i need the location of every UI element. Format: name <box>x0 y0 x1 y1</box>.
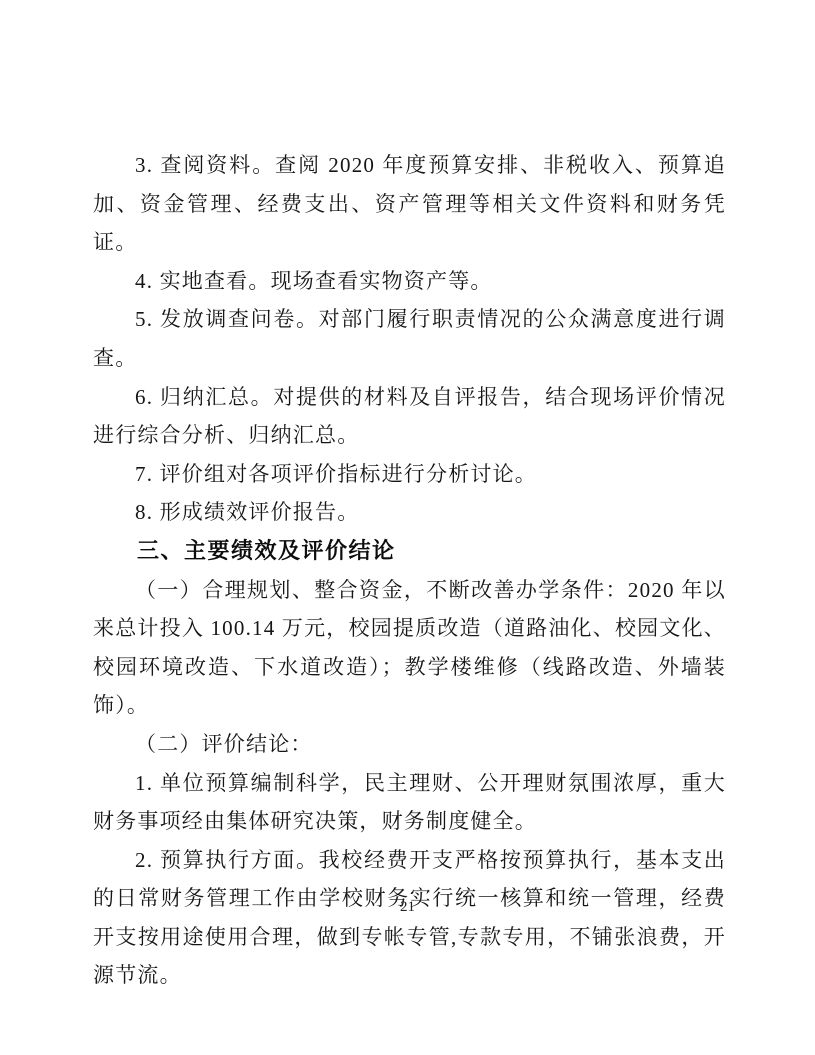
paragraph: 6. 归纳汇总。对提供的材料及自评报告，结合现场评价情况进行综合分析、归纳汇总。 <box>93 378 726 455</box>
page-number: 21 <box>400 899 415 915</box>
paragraph: （二）评价结论： <box>93 725 726 764</box>
document-body: 3. 查阅资料。查阅 2020 年度预算安排、非税收入、预算追加、资金管理、经费… <box>93 146 726 995</box>
paragraph: 2. 预算执行方面。我校经费开支严格按预算执行，基本支出的日常财务管理工作由学校… <box>93 841 726 995</box>
document-page: 3. 查阅资料。查阅 2020 年度预算安排、非税收入、预算追加、资金管理、经费… <box>0 0 815 1055</box>
paragraph: （一）合理规划、整合资金，不断改善办学条件：2020 年以来总计投入 100.1… <box>93 571 726 725</box>
paragraph: 8. 形成绩效评价报告。 <box>93 493 726 532</box>
page-footer: 21 <box>0 897 815 917</box>
paragraph: 4. 实地查看。现场查看实物资产等。 <box>93 262 726 301</box>
paragraph: 3. 查阅资料。查阅 2020 年度预算安排、非税收入、预算追加、资金管理、经费… <box>93 146 726 262</box>
paragraph: 1. 单位预算编制科学，民主理财、公开理财氛围浓厚，重大财务事项经由集体研究决策… <box>93 764 726 841</box>
paragraph: 5. 发放调查问卷。对部门履行职责情况的公众满意度进行调查。 <box>93 300 726 377</box>
section-heading: 三、主要绩效及评价结论 <box>93 532 726 571</box>
paragraph: 7. 评价组对各项评价指标进行分析讨论。 <box>93 455 726 494</box>
